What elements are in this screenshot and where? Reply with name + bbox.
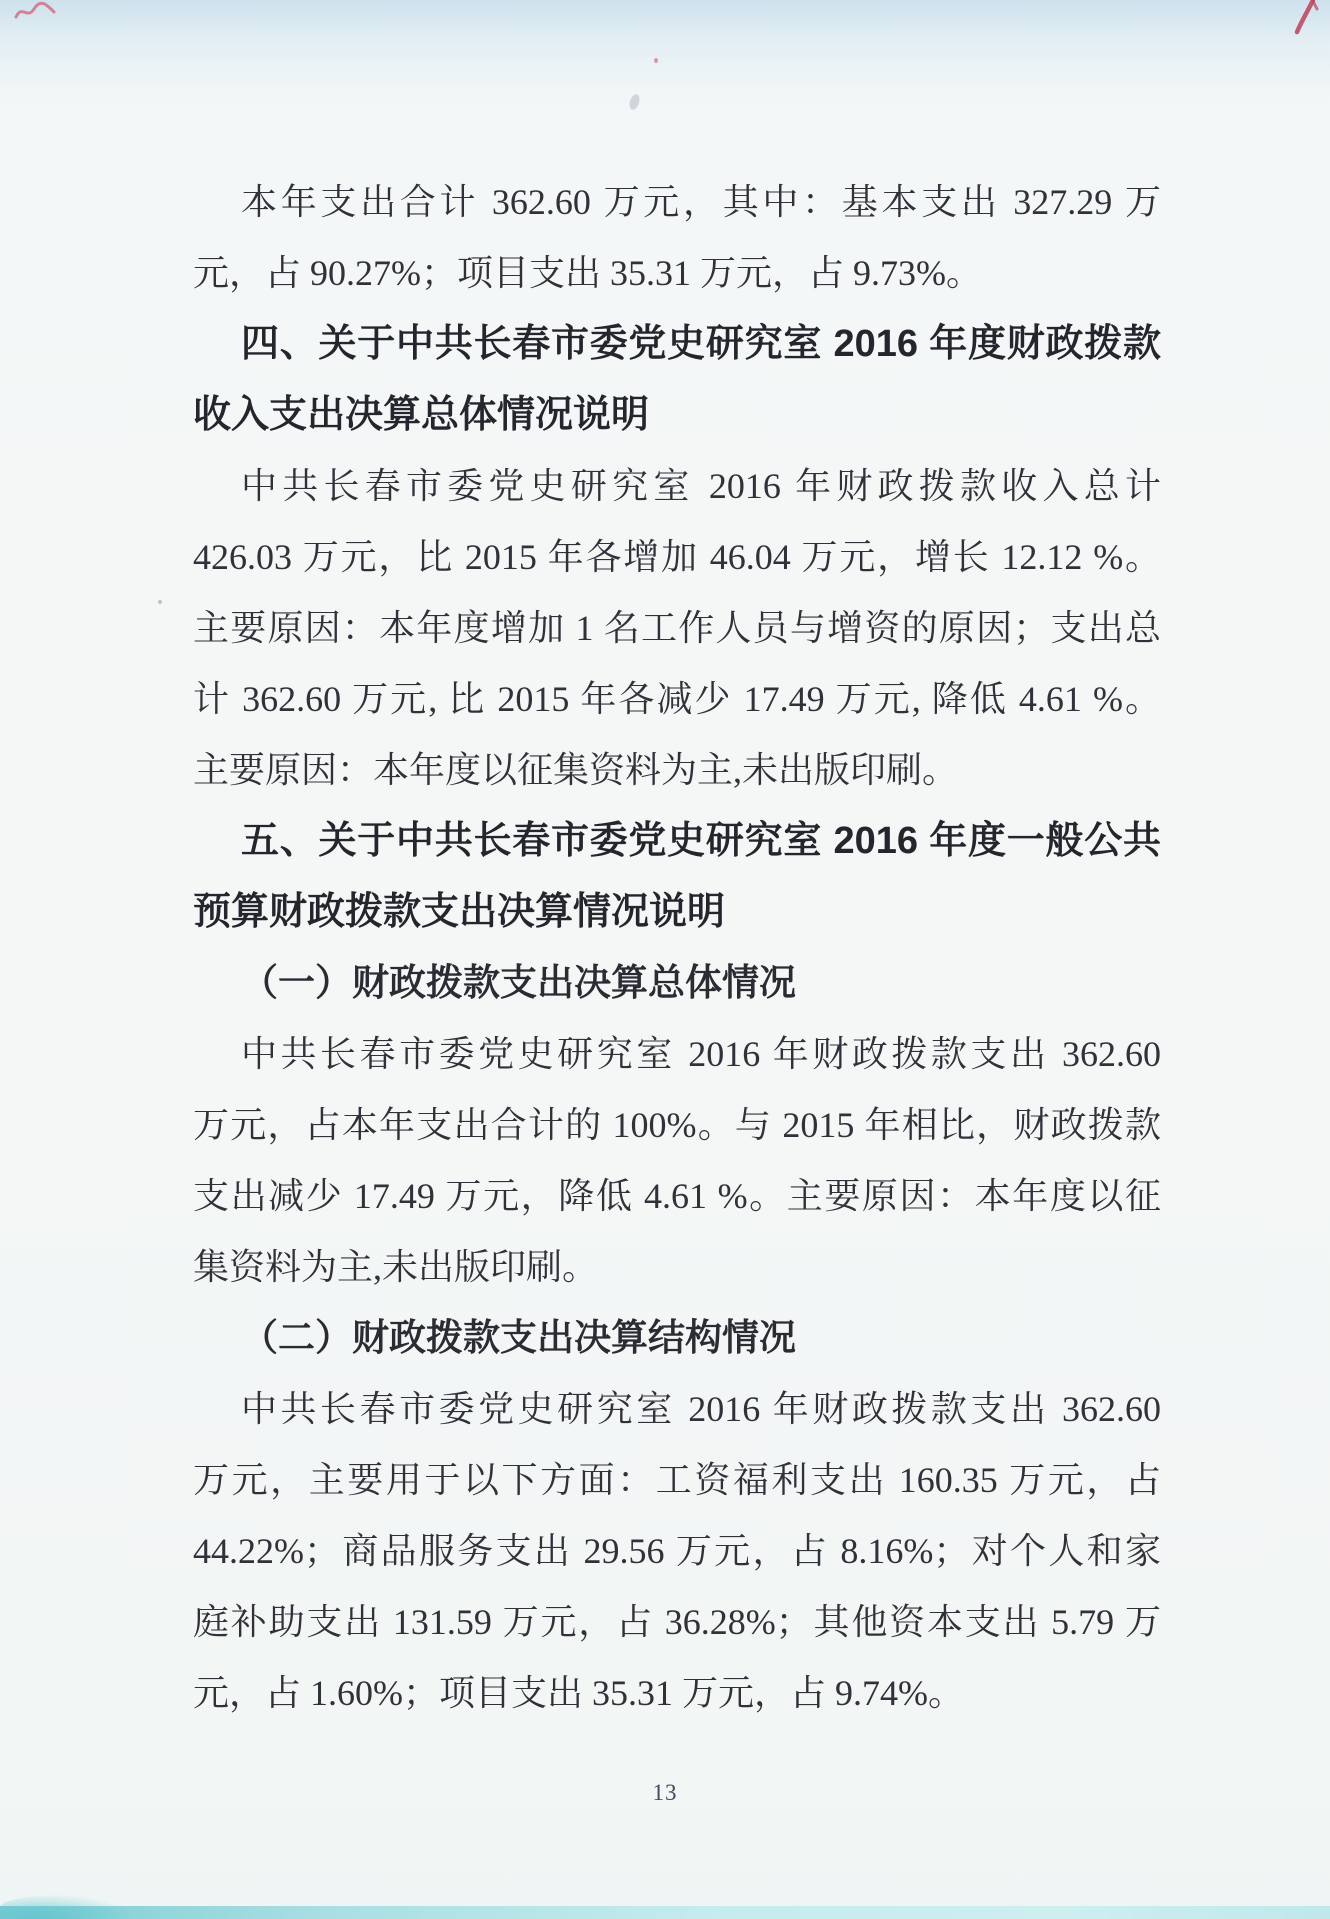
subheading-line: （一）财政拨款支出决算总体情况 — [193, 948, 1161, 1019]
scan-gradient-top — [0, 0, 1330, 95]
scan-mark-top-left-icon — [14, 1, 56, 27]
paragraph-line: 元，占 90.27%；项目支出 35.31 万元，占 9.73%。 — [193, 238, 1161, 309]
heading-line: 四、关于中共长春市委党史研究室 2016 年度财政拨款 — [193, 309, 1161, 380]
document-content: 本年支出合计 362.60 万元，其中：基本支出 327.29 万元，占 90.… — [193, 167, 1161, 1729]
paragraph-line: 万元，主要用于以下方面：工资福利支出 160.35 万元，占 — [193, 1445, 1161, 1516]
paragraph-line: 426.03 万元，比 2015 年各增加 46.04 万元，增长 12.12 … — [193, 522, 1161, 593]
heading-line: 预算财政拨款支出决算情况说明 — [193, 877, 1161, 948]
paragraph-line: 庭补助支出 131.59 万元，占 36.28%；其他资本支出 5.79 万 — [193, 1587, 1161, 1658]
heading-line: 收入支出决算总体情况说明 — [193, 380, 1161, 451]
paragraph-line: 本年支出合计 362.60 万元，其中：基本支出 327.29 万 — [193, 167, 1161, 238]
paragraph-line: 中共长春市委党史研究室 2016 年财政拨款支出 362.60 — [193, 1374, 1161, 1445]
paragraph-line: 中共长春市委党史研究室 2016 年财政拨款支出 362.60 — [193, 1019, 1161, 1090]
paragraph-line: 万元，占本年支出合计的 100%。与 2015 年相比，财政拨款 — [193, 1090, 1161, 1161]
scan-blob-bottom-left — [0, 1895, 130, 1919]
paragraph-line: 集资料为主,未出版印刷。 — [193, 1232, 1161, 1303]
subheading-line: （二）财政拨款支出决算结构情况 — [193, 1303, 1161, 1374]
paragraph-line: 计 362.60 万元, 比 2015 年各减少 17.49 万元, 降低 4.… — [193, 664, 1161, 735]
scan-speck-red — [654, 58, 658, 63]
scan-mark-top-right-icon — [1292, 0, 1320, 36]
scan-speck-left — [158, 600, 162, 604]
page-number: 13 — [0, 1780, 1330, 1806]
scan-smudge-gray — [628, 93, 642, 111]
paragraph-line: 主要原因：本年度增加 1 名工作人员与增资的原因；支出总 — [193, 593, 1161, 664]
scan-edge-bottom — [0, 1906, 1330, 1919]
paragraph-line: 中共长春市委党史研究室 2016 年财政拨款收入总计 — [193, 451, 1161, 522]
paragraph-line: 44.22%；商品服务支出 29.56 万元，占 8.16%；对个人和家 — [193, 1516, 1161, 1587]
heading-line: 五、关于中共长春市委党史研究室 2016 年度一般公共 — [193, 806, 1161, 877]
paragraph-line: 主要原因：本年度以征集资料为主,未出版印刷。 — [193, 735, 1161, 806]
paragraph-line: 元，占 1.60%；项目支出 35.31 万元，占 9.74%。 — [193, 1658, 1161, 1729]
paragraph-line: 支出减少 17.49 万元，降低 4.61 %。主要原因：本年度以征 — [193, 1161, 1161, 1232]
